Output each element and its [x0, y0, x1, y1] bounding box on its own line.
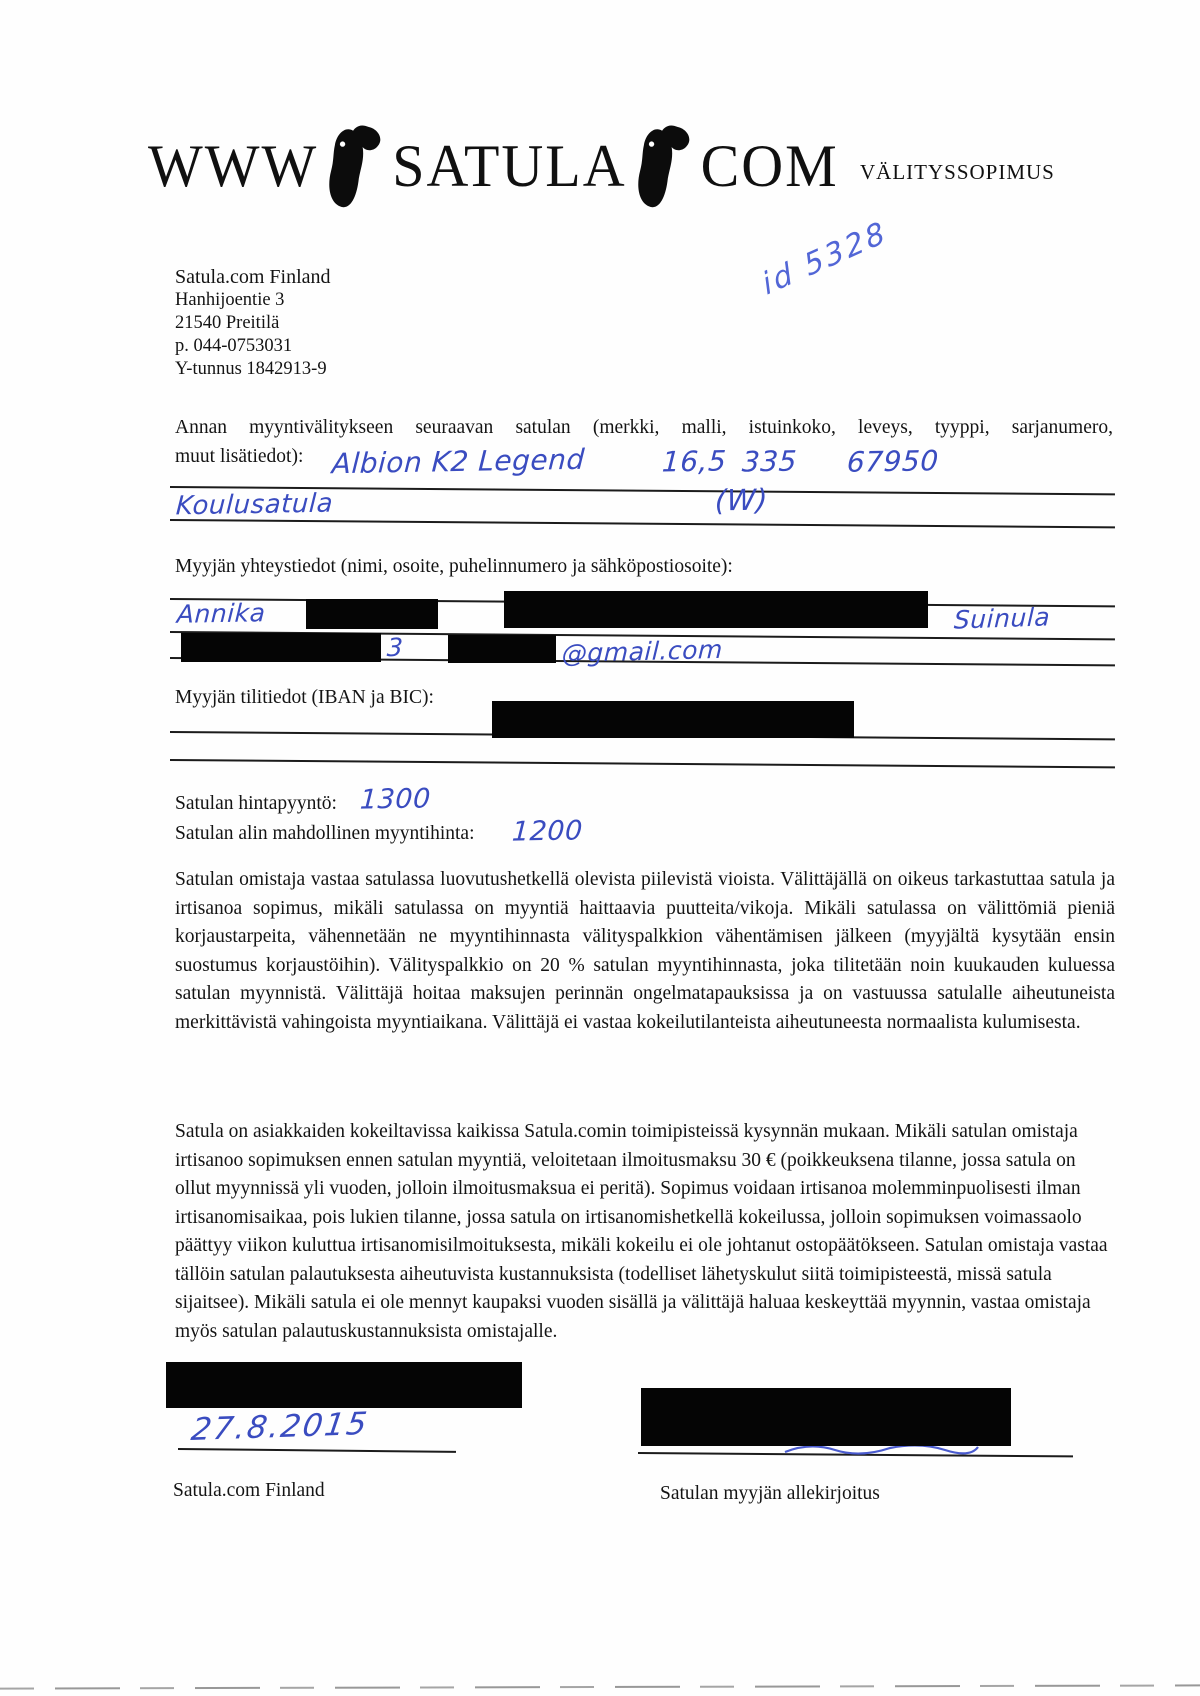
saddle-intro-paragraph: Annan myyntivälitykseen seuraavan satula… — [175, 414, 1113, 471]
redaction-box — [448, 635, 556, 663]
redaction-box — [504, 591, 928, 628]
document-type-title: VÄLITYSSOPIMUS — [860, 160, 1055, 185]
handwritten-last-name: Suinula — [953, 604, 1050, 632]
seller-signature-label: Satulan myyjän allekirjoitus — [660, 1480, 880, 1509]
handwritten-seat-size: 16,5 — [661, 447, 727, 476]
terms-paragraph-2: Satula on asiakkaiden kokeiltavissa kaik… — [175, 1118, 1115, 1346]
saddle-icon — [324, 124, 386, 212]
form-rule-line — [170, 519, 1115, 528]
handwritten-brand-model: Albion K2 Legend — [331, 446, 585, 478]
logo: WWW SATULA COM — [148, 120, 839, 212]
bank-details-label: Myyjän tilitiedot (IBAN ja BIC): — [175, 684, 434, 713]
redaction-box — [492, 701, 854, 738]
handwritten-width-mark: (W) — [714, 486, 768, 516]
scan-artifact-line — [0, 1684, 1200, 1689]
handwritten-asking-price: 1300 — [359, 785, 431, 813]
redaction-box — [306, 599, 438, 629]
handwritten-id-annotation: id 5328 — [759, 217, 891, 300]
terms-paragraph-1: Satulan omistaja vastaa satulassa luovut… — [175, 866, 1115, 1037]
logo-text-com: COM — [701, 121, 839, 210]
handwritten-date: 27.8.2015 — [189, 1409, 370, 1446]
seller-contact-label: Myyjän yhteystiedot (nimi, osoite, puhel… — [175, 553, 733, 582]
redaction-box — [181, 633, 381, 662]
handwritten-email-fragment: @gmail.com — [561, 637, 723, 666]
redaction-box — [641, 1388, 1011, 1446]
redaction-box — [166, 1362, 522, 1408]
scanned-contract-page: WWW SATULA COM VÄLITYSSOPIMUS Satula.com… — [0, 0, 1200, 1696]
handwritten-serial-number: 67950 — [846, 447, 939, 477]
saddle-intro-line1: Annan myyntivälitykseen seuraavan satula… — [175, 414, 1113, 443]
handwritten-saddle-type: Koulusatula — [175, 491, 334, 520]
company-name: Satula.com Finland — [175, 266, 331, 289]
company-street: Hanhijoentie 3 — [175, 289, 331, 312]
handwritten-digit: 3 — [386, 635, 404, 660]
saddle-icon — [633, 124, 695, 212]
company-business-id: Y-tunnus 1842913-9 — [175, 358, 331, 381]
saddle-intro-line2: muut lisätiedot): — [175, 443, 1113, 472]
company-address-block: Satula.com Finland Hanhijoentie 3 21540 … — [175, 266, 331, 381]
logo-text-satula: SATULA — [392, 121, 626, 210]
company-phone: p. 044-0753031 — [175, 335, 331, 358]
form-rule-line — [170, 759, 1115, 768]
asking-price-label: Satulan hintapyyntö: — [175, 790, 337, 819]
broker-signature-label: Satula.com Finland — [173, 1477, 325, 1506]
handwritten-width: 335 — [741, 448, 797, 477]
company-postal: 21540 Preitilä — [175, 312, 331, 335]
minimum-price-label: Satulan alin mahdollinen myyntihinta: — [175, 820, 475, 849]
handwritten-first-name: Annika — [176, 600, 266, 627]
logo-text-www: WWW — [148, 121, 318, 210]
handwritten-minimum-price: 1200 — [511, 817, 583, 845]
signature-line — [178, 1448, 456, 1453]
